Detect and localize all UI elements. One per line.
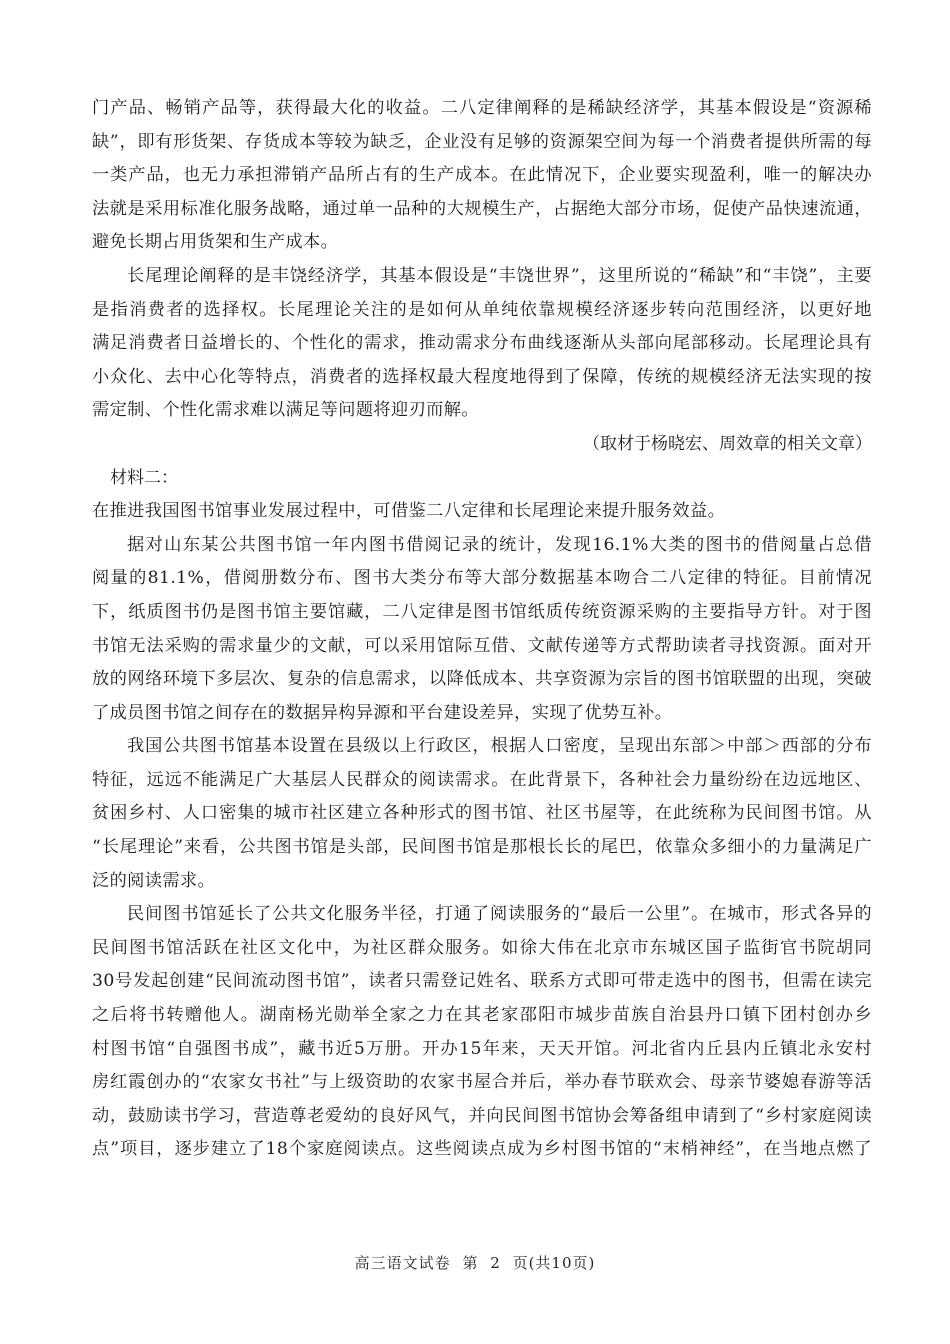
text-line: 长尾理论阐释的是丰饶经济学，其基本假设是“丰饶世界”，这里所说的“稀缺”和“丰饶…: [92, 260, 872, 294]
page-prefix: 第: [462, 1254, 478, 1272]
material-one-source-citation: （取材于杨晓宏、周效章的相关文章）: [92, 428, 872, 462]
text-line: 满足消费者日益增长的、个性化的需求，推动需求分布曲线逐渐从头部向尾部移动。长尾理…: [92, 327, 872, 361]
text-line: 法就是采用标准化服务战略，通过单一品种的大规模生产，占据绝大部分市场，促使产品快…: [92, 193, 872, 227]
text-line: 贫困乡村、人口密集的城市社区建立各种形式的图书馆、社区书屋等，在此统称为民间图书…: [92, 797, 872, 831]
text-line: 缺”，即有形货架、存货成本等较为缺乏，企业没有足够的资源架空间为每一个消费者提供…: [92, 126, 872, 160]
text-line: 需定制、个性化需求难以满足等问题将迎刃而解。: [92, 394, 872, 428]
text-line: 放的网络环境下多层次、复杂的信息需求，以降低成本、共享资源为宗旨的图书馆联盟的出…: [92, 663, 872, 697]
text-line: 避免长期占用货架和生产成本。: [92, 226, 872, 260]
text-line: 30号发起创建“民间流动图书馆”，读者只需登记姓名、联系方式即可带走选中的图书，…: [92, 965, 872, 999]
text-line: 之后将书转赠他人。湖南杨光勋举全家之力在其老家邵阳市城步苗族自治县丹口镇下团村创…: [92, 999, 872, 1033]
page-footer: 高三语文试卷 第 2 页(共10页): [0, 1252, 950, 1273]
material-two-heading: 材料二：: [92, 462, 872, 496]
text-line: 特征，远远不能满足广大基层人民群众的阅读需求。在此背景下，各种社会力量纷纷在边远…: [92, 764, 872, 798]
text-line: “长尾理论”来看，公共图书馆是头部，民间图书馆是那根长长的尾巴，依靠众多细小的力…: [92, 831, 872, 865]
text-line: 了成员图书馆之间存在的数据异构异源和平台建设差异，实现了优势互补。: [92, 697, 872, 731]
material-one-paragraph-2: 长尾理论阐释的是丰饶经济学，其基本假设是“丰饶世界”，这里所说的“稀缺”和“丰饶…: [92, 260, 872, 428]
text-line: 书馆无法采购的需求量少的文献，可以采用馆际互借、文献传递等方式帮助读者寻找资源。…: [92, 630, 872, 664]
text-line: 门产品、畅销产品等，获得最大化的收益。二八定律阐释的是稀缺经济学，其基本假设是“…: [92, 92, 872, 126]
text-line: 一类产品，也无力承担滞销产品所占有的生产成本。在此情况下，企业要实现盈利，唯一的…: [92, 159, 872, 193]
text-line: 下，纸质图书仍是图书馆主要馆藏，二八定律是图书馆纸质传统资源采购的主要指导方针。…: [92, 596, 872, 630]
text-line: 是指消费者的选择权。长尾理论关注的是如何从单纯依靠规模经济逐步转向范围经济，以更…: [92, 294, 872, 328]
text-line: 动，鼓励读书学习，营造尊老爱幼的良好风气，并向民间图书馆协会筹备组申请到了“乡村…: [92, 1100, 872, 1134]
page-suffix: 页(共10页): [513, 1254, 596, 1272]
text-line: 房红霞创办的“农家女书社”与上级资助的农家书屋合并后，举办春节联欢会、母亲节婆媳…: [92, 1066, 872, 1100]
text-line: 民间图书馆延长了公共文化服务半径，打通了阅读服务的“最后一公里”。在城市，形式各…: [92, 898, 872, 932]
material-two-intro: 在推进我国图书馆事业发展过程中，可借鉴二八定律和长尾理论来提升服务效益。: [92, 495, 872, 529]
exam-title: 高三语文试卷: [355, 1254, 451, 1272]
page-number: 2: [490, 1254, 501, 1272]
material-two-paragraph-1: 据对山东某公共图书馆一年内图书借阅记录的统计，发现16.1%大类的图书的借阅量占…: [92, 529, 872, 731]
text-line: 我国公共图书馆基本设置在县级以上行政区，根据人口密度，呈现出东部＞中部＞西部的分…: [92, 730, 872, 764]
text-line: 小众化、去中心化等特点，消费者的选择权最大程度地得到了保障，传统的规模经济无法实…: [92, 361, 872, 395]
text-line: 泛的阅读需求。: [92, 865, 872, 899]
text-line: 村图书馆“自强图书成”，藏书近5万册。开办15年来，天天开馆。河北省内丘县内丘镇…: [92, 1033, 872, 1067]
material-two-paragraph-2: 我国公共图书馆基本设置在县级以上行政区，根据人口密度，呈现出东部＞中部＞西部的分…: [92, 730, 872, 898]
material-one-paragraph-1: 门产品、畅销产品等，获得最大化的收益。二八定律阐释的是稀缺经济学，其基本假设是“…: [92, 92, 872, 260]
material-two-paragraph-3: 民间图书馆延长了公共文化服务半径，打通了阅读服务的“最后一公里”。在城市，形式各…: [92, 898, 872, 1167]
text-line: 阅量的81.1%，借阅册数分布、图书大类分布等大部分数据基本吻合二八定律的特征。…: [92, 562, 872, 596]
text-line: 民间图书馆活跃在社区文化中，为社区群众服务。如徐大伟在北京市东城区国子监街官书院…: [92, 932, 872, 966]
text-line: 点”项目，逐步建立了18个家庭阅读点。这些阅读点成为乡村图书馆的“末梢神经”，在…: [92, 1133, 872, 1167]
text-line: 据对山东某公共图书馆一年内图书借阅记录的统计，发现16.1%大类的图书的借阅量占…: [92, 529, 872, 563]
exam-page-body: 门产品、畅销产品等，获得最大化的收益。二八定律阐释的是稀缺经济学，其基本假设是“…: [92, 92, 872, 1167]
